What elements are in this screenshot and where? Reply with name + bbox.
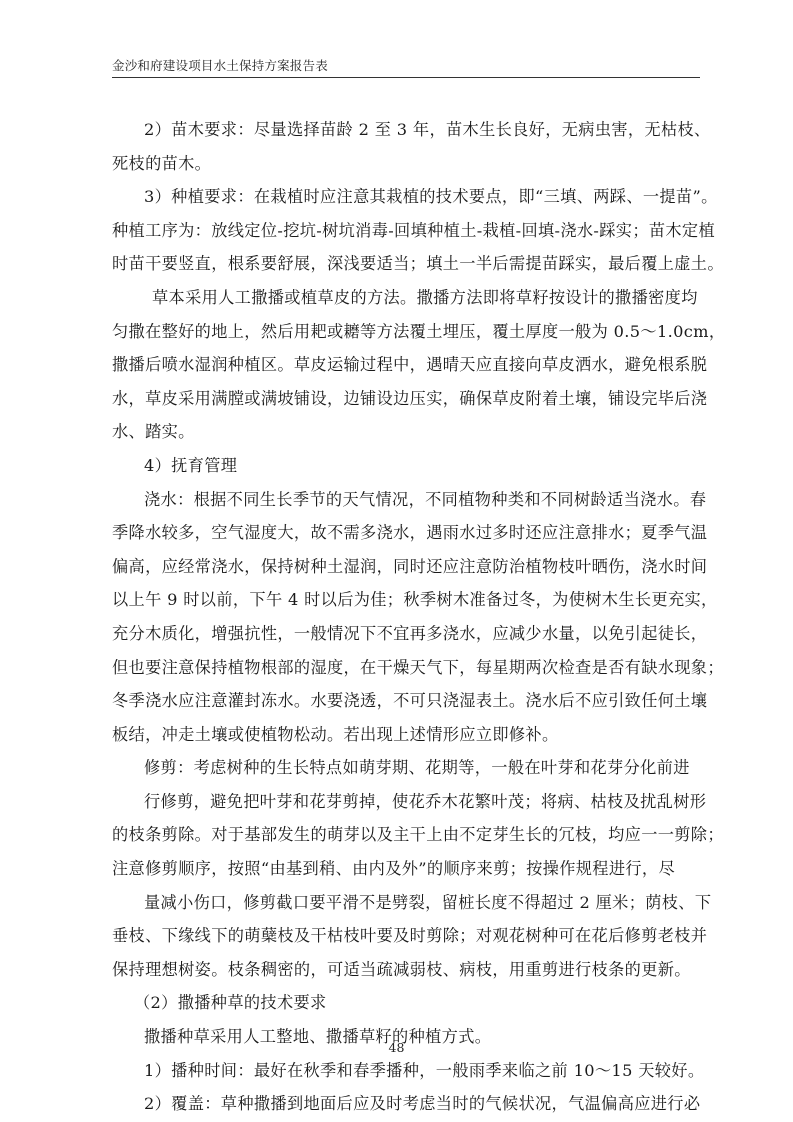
text-line: 种植工序为：放线定位-挖坑-树坑消毒-回填种植土-栽植-回填-浇水-踩实；苗木定… — [112, 214, 702, 248]
text-line: 草本采用人工撒播或植草皮的方法。撒播方法即将草籽按设计的撒播密度均 — [112, 281, 702, 315]
text-line: 撒播后喷水湿润种植区。草皮运输过程中，遇晴天应直接向草皮洒水，避免根系脱 — [112, 348, 702, 382]
text-line: 季降水较多，空气湿度大，故不需多浇水，遇雨水过多时还应注意排水；夏季气温 — [112, 516, 702, 550]
running-header: 金沙和府建设项目水土保持方案报告表 — [112, 56, 700, 78]
text-line: 水、踏实。 — [112, 415, 702, 449]
text-line: 板结，冲走土壤或使植物松动。若出现上述情形应立即修补。 — [112, 718, 702, 752]
text-line: 修剪：考虑树种的生长特点如萌芽期、花期等，一般在叶芽和花芽分化前进 — [112, 751, 702, 785]
text-line: 时苗干要竖直，根系要舒展，深浅要适当；填土一半后需提苗踩实，最后覆上虚土。 — [112, 247, 702, 281]
text-line: 冬季浇水应注意灌封冻水。水要浇透，不可只浇湿表土。浇水后不应引致任何土壤 — [112, 684, 702, 718]
text-line: 的枝条剪除。对于基部发生的萌芽以及主干上由不定芽生长的冗枝，均应一一剪除； — [112, 818, 702, 852]
text-line: 2）覆盖：草种撒播到地面后应及时考虑当时的气候状况，气温偏高应进行必 — [112, 1087, 702, 1121]
text-line: 量减小伤口，修剪截口要平滑不是劈裂，留桩长度不得超过 2 厘米；荫枝、下 — [112, 886, 702, 920]
body-text: 2）苗木要求：尽量选择苗龄 2 至 3 年，苗木生长良好，无病虫害，无枯枝、死枝… — [112, 113, 702, 1121]
text-line: 但也要注意保持植物根部的湿度，在干燥天气下，每星期两次检查是否有缺水现象； — [112, 651, 702, 685]
text-line: 水，草皮采用满膛或满坡铺设，边铺设边压实，确保草皮附着土壤，铺设完毕后浇 — [112, 382, 702, 416]
text-line: 4）抚育管理 — [112, 449, 702, 483]
text-line: 保持理想树姿。枝条稠密的，可适当疏减弱枝、病枝，用重剪进行枝条的更新。 — [112, 953, 702, 987]
text-line: 1）播种时间：最好在秋季和春季播种，一般雨季来临之前 10～15 天较好。 — [112, 1054, 702, 1088]
page-number: 48 — [0, 1040, 793, 1055]
text-line: 注意修剪顺序，按照“由基到稍、由内及外”的顺序来剪；按操作规程进行，尽 — [112, 852, 702, 886]
text-line: 偏高，应经常浇水，保持树种土湿润，同时还应注意防治植物枝叶晒伤，浇水时间 — [112, 550, 702, 584]
text-line: （2）撒播种草的技术要求 — [112, 986, 702, 1020]
text-line: 死枝的苗木。 — [112, 147, 702, 181]
text-line: 3）种植要求：在栽植时应注意其栽植的技术要点，即“三填、两踩、一提苗”。 — [112, 180, 702, 214]
text-line: 以上午 9 时以前，下午 4 时以后为佳；秋季树木准备过冬，为使树木生长更充实， — [112, 583, 702, 617]
text-line: 行修剪，避免把叶芽和花芽剪掉，使花乔木花繁叶茂；将病、枯枝及扰乱树形 — [112, 785, 702, 819]
text-line: 浇水：根据不同生长季节的天气情况，不同植物种类和不同树龄适当浇水。春 — [112, 483, 702, 517]
text-line: 2）苗木要求：尽量选择苗龄 2 至 3 年，苗木生长良好，无病虫害，无枯枝、 — [112, 113, 702, 147]
text-line: 垂枝、下缘线下的萌蘖枝及干枯枝叶要及时剪除；对观花树种可在花后修剪老枝并 — [112, 919, 702, 953]
text-line: 匀撒在整好的地上，然后用耙或耱等方法覆土埋压，覆土厚度一般为 0.5～1.0cm… — [112, 315, 702, 349]
text-line: 充分木质化，增强抗性，一般情况下不宜再多浇水，应减少水量，以免引起徒长， — [112, 617, 702, 651]
